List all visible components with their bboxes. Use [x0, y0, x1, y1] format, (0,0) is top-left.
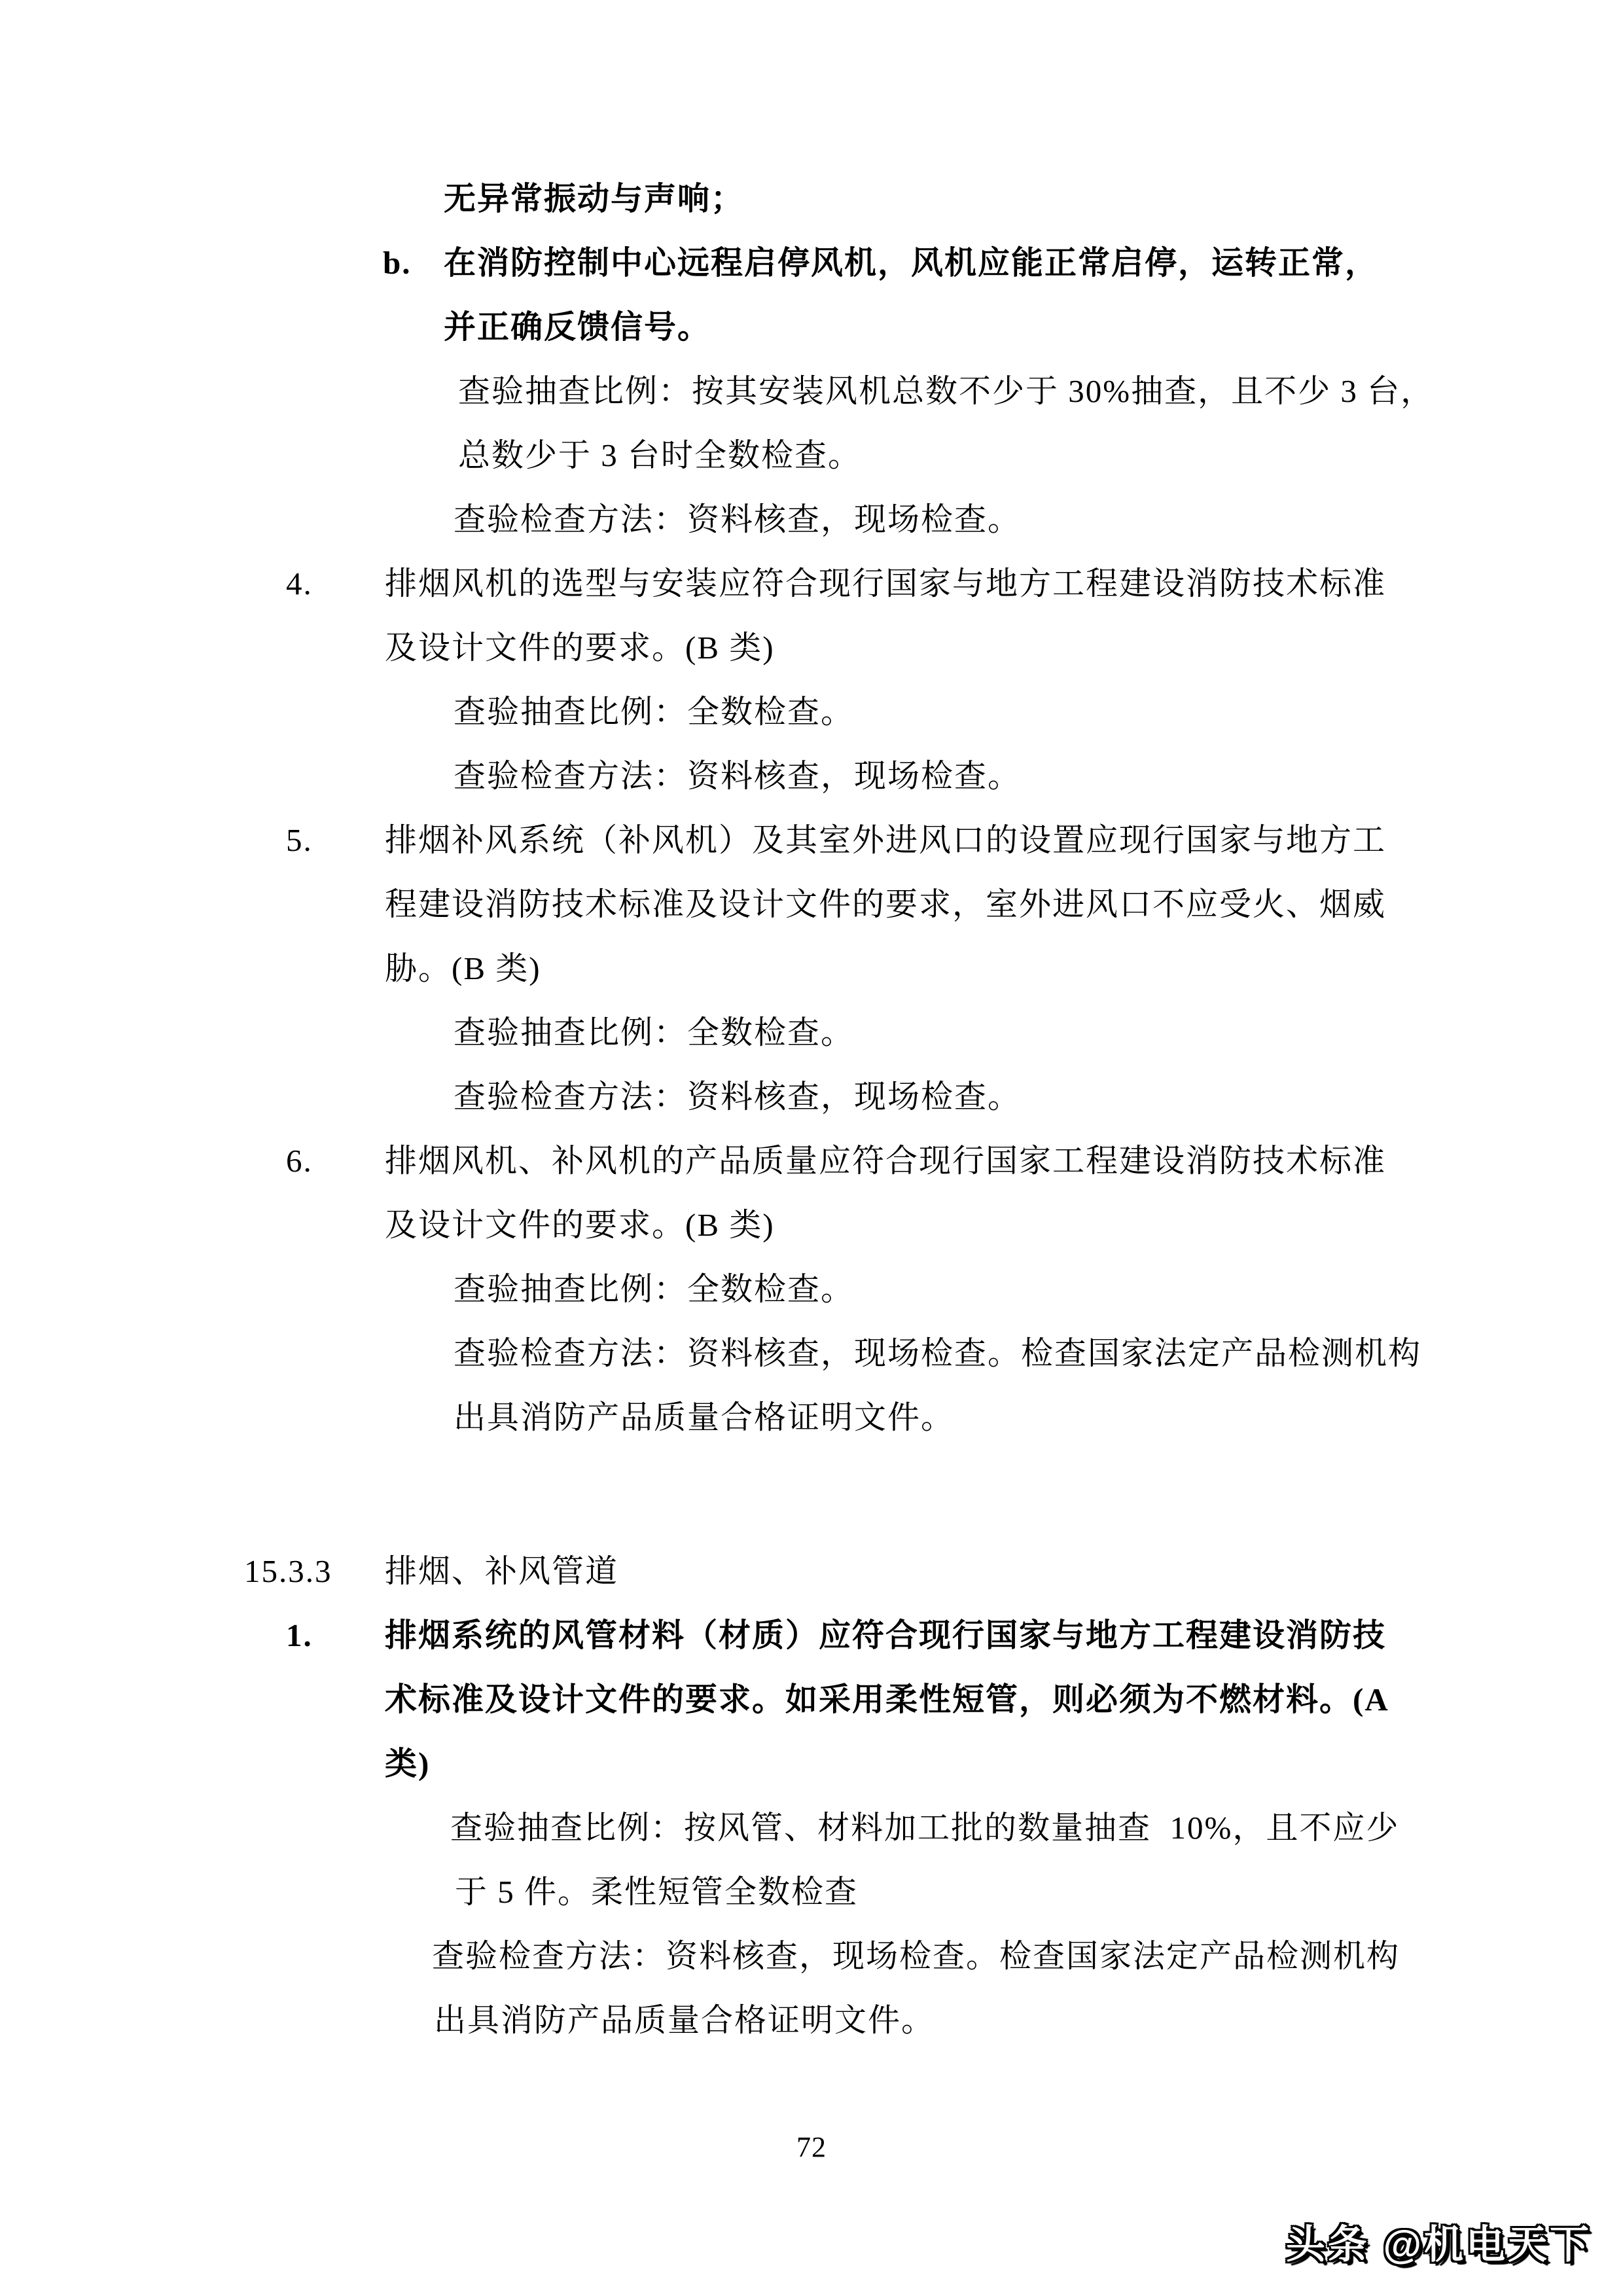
doc-line: 查验抽查比例：按风管、材料加工批的数量抽查 10%，且不应少 — [450, 1809, 1399, 1847]
doc-line: 及设计文件的要求。(B 类) — [385, 629, 775, 667]
doc-line: 程建设消防技术标准及设计文件的要求，室外进风口不应受火、烟威 — [385, 886, 1386, 924]
doc-line: 出具消防产品质量合格证明文件。 — [454, 1399, 954, 1437]
doc-line: 及设计文件的要求。(B 类) — [385, 1206, 775, 1244]
item-label: 6. — [286, 1142, 313, 1180]
section-number: 15.3.3 — [244, 1552, 332, 1590]
document-page: 无异常振动与声响； b. 在消防控制中心远程启停风机，风机应能正常启停，运转正常… — [0, 0, 1623, 2296]
doc-line: 在消防控制中心远程启停风机，风机应能正常启停，运转正常， — [444, 244, 1378, 282]
doc-line: 查验抽查比例：按其安装风机总数不少于 30%抽查，且不少 3 台， — [458, 372, 1434, 410]
doc-line: 查验检查方法：资料核查，现场检查。 — [454, 501, 1021, 539]
doc-line: 排烟补风系统（补风机）及其室外进风口的设置应现行国家与地方工 — [385, 821, 1386, 859]
item-label: b. — [383, 244, 412, 282]
watermark: 头条 @机电天下 — [1286, 2214, 1592, 2270]
doc-line: 查验抽查比例：全数检查。 — [454, 1014, 854, 1052]
doc-line: 查验检查方法：资料核查，现场检查。 — [454, 1078, 1021, 1116]
doc-line: 查验抽查比例：全数检查。 — [454, 693, 854, 731]
item-label: 5. — [286, 821, 313, 859]
doc-line: 排烟风机的选型与安装应符合现行国家与地方工程建设消防技术标准 — [385, 565, 1386, 603]
item-label: 1. — [286, 1617, 313, 1655]
doc-line: 类) — [385, 1745, 430, 1783]
doc-line: 排烟系统的风管材料（材质）应符合现行国家与地方工程建设消防技 — [385, 1617, 1386, 1655]
doc-line: 无异常振动与声响； — [444, 180, 744, 218]
doc-line: 排烟风机、补风机的产品质量应符合现行国家工程建设消防技术标准 — [385, 1142, 1386, 1180]
doc-line: 查验检查方法：资料核查，现场检查。检查国家法定产品检测机构 — [432, 1937, 1400, 1975]
doc-line: 查验抽查比例：全数检查。 — [454, 1270, 854, 1308]
doc-line: 查验检查方法：资料核查，现场检查。检查国家法定产品检测机构 — [454, 1335, 1421, 1372]
item-label: 4. — [286, 565, 313, 603]
doc-line: 胁。(B 类) — [385, 950, 541, 988]
doc-line: 出具消防产品质量合格证明文件。 — [434, 2001, 935, 2039]
doc-line: 术标准及设计文件的要求。如采用柔性短管，则必须为不燃材料。(A — [385, 1681, 1389, 1719]
section-title: 排烟、补风管道 — [385, 1552, 618, 1590]
doc-line: 于 5 件。柔性短管全数检查 — [455, 1873, 858, 1911]
page-number: 72 — [0, 2130, 1623, 2164]
doc-line: 总数少于 3 台时全数检查。 — [458, 437, 861, 475]
doc-line: 查验检查方法：资料核查，现场检查。 — [454, 757, 1021, 795]
doc-line: 并正确反馈信号。 — [444, 308, 711, 346]
